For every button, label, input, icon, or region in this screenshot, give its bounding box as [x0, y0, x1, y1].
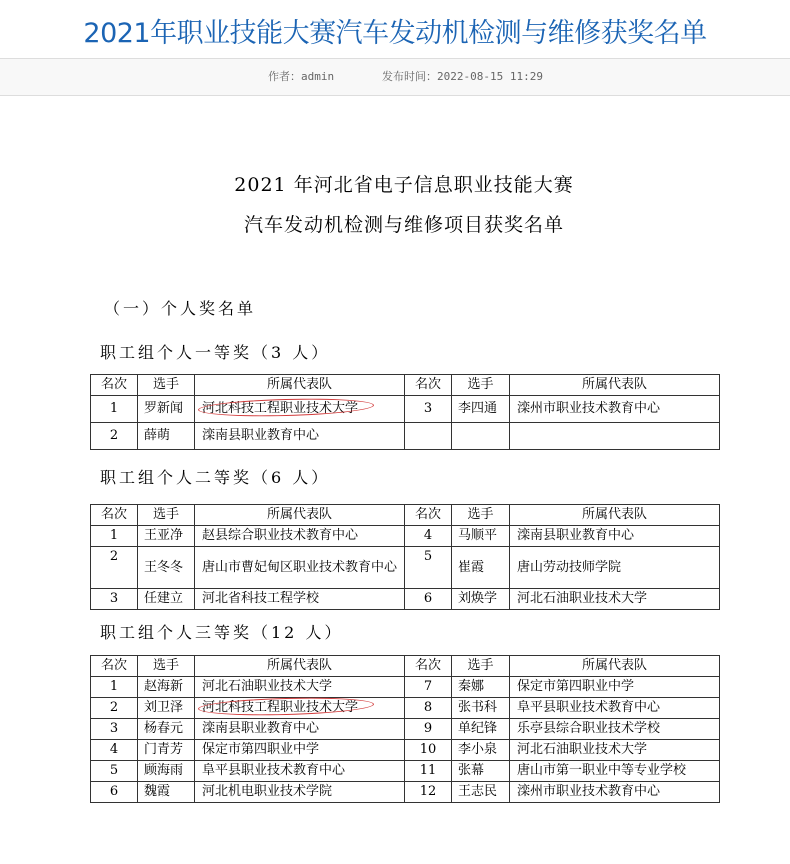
name-cell: 顾海雨: [138, 761, 195, 782]
name-cell: 王志民: [452, 782, 510, 803]
rank-cell: 1: [91, 677, 138, 698]
table-row: 2 薛萌 滦南县职业教育中心: [91, 423, 720, 450]
name-cell: 任建立: [138, 589, 195, 610]
rank-cell: 12: [405, 782, 452, 803]
column-header: 名次: [91, 656, 138, 677]
article-meta-bar: 作者：admin 发布时间：2022-08-15 11:29: [0, 58, 790, 96]
name-cell: 刘焕学: [452, 589, 510, 610]
column-header: 选手: [138, 375, 195, 396]
circled-team-annotation: 河北科技工程职业技术大学: [202, 399, 358, 419]
table-row: 1 赵海新 河北石油职业技术大学 7 秦娜 保定市第四职业中学: [91, 677, 720, 698]
name-cell: 李小泉: [452, 740, 510, 761]
table-row: 6 魏霞 河北机电职业技术学院 12 王志民 滦州市职业技术教育中心: [91, 782, 720, 803]
column-header: 选手: [452, 505, 510, 526]
table-header-row: 名次 选手 所属代表队 名次 选手 所属代表队: [91, 375, 720, 396]
name-cell: 杨春元: [138, 719, 195, 740]
column-header: 名次: [405, 505, 452, 526]
column-header: 所属代表队: [510, 656, 720, 677]
rank-cell: 6: [405, 589, 452, 610]
name-cell: 崔霞: [452, 547, 510, 589]
team-cell: 赵县综合职业技术教育中心: [195, 526, 405, 547]
rank-cell: 1: [91, 526, 138, 547]
author-label: 作者：admin: [268, 59, 334, 95]
publish-date-label: 发布时间：2022-08-15 11:29: [382, 59, 543, 95]
rank-cell: 3: [91, 589, 138, 610]
table-row: 2 刘卫泽 河北科技工程职业技术大学 8 张书科 阜平县职业技术教育中心: [91, 698, 720, 719]
rank-cell: 5: [91, 761, 138, 782]
rank-cell: 11: [405, 761, 452, 782]
table-row: 3 任建立 河北省科技工程学校 6 刘焕学 河北石油职业技术大学: [91, 589, 720, 610]
rank-cell: 2: [91, 547, 138, 589]
rank-cell: 5: [405, 547, 452, 589]
name-cell: 薛萌: [138, 423, 195, 450]
table-header-row: 名次 选手 所属代表队 名次 选手 所属代表队: [91, 656, 720, 677]
team-cell: 阜平县职业技术教育中心: [195, 761, 405, 782]
team-cell: 滦南县职业教育中心: [195, 719, 405, 740]
name-cell: 马顺平: [452, 526, 510, 547]
name-cell: 罗新闻: [138, 396, 195, 423]
team-cell: 滦州市职业技术教育中心: [510, 396, 720, 423]
table-row: 4 门青芳 保定市第四职业中学 10 李小泉 河北石油职业技术大学: [91, 740, 720, 761]
name-cell: 秦娜: [452, 677, 510, 698]
group-title-third-prize: 职工组个人三等奖（12 人）: [100, 621, 343, 645]
column-header: 所属代表队: [195, 656, 405, 677]
team-cell: 保定市第四职业中学: [510, 677, 720, 698]
rank-cell: 1: [91, 396, 138, 423]
rank-cell: 2: [91, 698, 138, 719]
team-cell: 唐山市第一职业中等专业学校: [510, 761, 720, 782]
column-header: 所属代表队: [195, 375, 405, 396]
rank-cell: 4: [91, 740, 138, 761]
table-row: 1 罗新闻 河北科技工程职业技术大学 3 李四通 滦州市职业技术教育中心: [91, 396, 720, 423]
column-header: 名次: [405, 656, 452, 677]
third-prize-table: 名次 选手 所属代表队 名次 选手 所属代表队 1 赵海新 河北石油职业技术大学…: [90, 655, 720, 803]
page-title: 2021年职业技能大赛汽车发动机检测与维修获奖名单: [0, 14, 790, 54]
section-title: （一）个人奖名单: [104, 297, 256, 321]
second-prize-table: 名次 选手 所属代表队 名次 选手 所属代表队 1 王亚净 赵县综合职业技术教育…: [90, 504, 720, 610]
document-heading-line1: 2021 年河北省电子信息职业技能大赛: [0, 171, 790, 199]
name-cell: 王冬冬: [138, 547, 195, 589]
column-header: 所属代表队: [195, 505, 405, 526]
name-cell: 门青芳: [138, 740, 195, 761]
table-header-row: 名次 选手 所属代表队 名次 选手 所属代表队: [91, 505, 720, 526]
name-cell: 单纪锋: [452, 719, 510, 740]
team-cell: 乐亭县综合职业技术学校: [510, 719, 720, 740]
team-cell: 保定市第四职业中学: [195, 740, 405, 761]
team-cell: 唐山劳动技师学院: [510, 547, 720, 589]
name-cell: [452, 423, 510, 450]
first-prize-table: 名次 选手 所属代表队 名次 选手 所属代表队 1 罗新闻 河北科技工程职业技术…: [90, 374, 720, 450]
column-header: 选手: [138, 505, 195, 526]
team-cell: 河北机电职业技术学院: [195, 782, 405, 803]
group-title-first-prize: 职工组个人一等奖（3 人）: [100, 341, 330, 365]
column-header: 选手: [452, 656, 510, 677]
team-cell: 滦南县职业教育中心: [510, 526, 720, 547]
group-title-second-prize: 职工组个人二等奖（6 人）: [100, 466, 330, 490]
column-header: 名次: [91, 375, 138, 396]
circled-team-annotation: 河北科技工程职业技术大学: [202, 698, 358, 718]
rank-cell: 3: [91, 719, 138, 740]
rank-cell: 8: [405, 698, 452, 719]
column-header: 所属代表队: [510, 505, 720, 526]
name-cell: 魏霞: [138, 782, 195, 803]
rank-cell: 2: [91, 423, 138, 450]
column-header: 选手: [138, 656, 195, 677]
name-cell: 李四通: [452, 396, 510, 423]
team-cell: 滦南县职业教育中心: [195, 423, 405, 450]
rank-cell: 10: [405, 740, 452, 761]
table-row: 2 王冬冬 唐山市曹妃甸区职业技术教育中心 5 崔霞 唐山劳动技师学院: [91, 547, 720, 589]
team-cell: 河北石油职业技术大学: [195, 677, 405, 698]
rank-cell: 9: [405, 719, 452, 740]
team-cell: 河北石油职业技术大学: [510, 589, 720, 610]
column-header: 名次: [405, 375, 452, 396]
column-header: 所属代表队: [510, 375, 720, 396]
table-row: 3 杨春元 滦南县职业教育中心 9 单纪锋 乐亭县综合职业技术学校: [91, 719, 720, 740]
team-cell: 唐山市曹妃甸区职业技术教育中心: [195, 547, 405, 589]
team-cell: 河北科技工程职业技术大学: [195, 396, 405, 423]
column-header: 名次: [91, 505, 138, 526]
column-header: 选手: [452, 375, 510, 396]
rank-cell: 6: [91, 782, 138, 803]
team-cell: 阜平县职业技术教育中心: [510, 698, 720, 719]
rank-cell: [405, 423, 452, 450]
team-cell: [510, 423, 720, 450]
team-cell: 滦州市职业技术教育中心: [510, 782, 720, 803]
rank-cell: 7: [405, 677, 452, 698]
team-cell: 河北科技工程职业技术大学: [195, 698, 405, 719]
team-cell: 河北省科技工程学校: [195, 589, 405, 610]
name-cell: 王亚净: [138, 526, 195, 547]
name-cell: 赵海新: [138, 677, 195, 698]
rank-cell: 3: [405, 396, 452, 423]
table-row: 5 顾海雨 阜平县职业技术教育中心 11 张幕 唐山市第一职业中等专业学校: [91, 761, 720, 782]
table-row: 1 王亚净 赵县综合职业技术教育中心 4 马顺平 滦南县职业教育中心: [91, 526, 720, 547]
team-cell: 河北石油职业技术大学: [510, 740, 720, 761]
document-heading-line2: 汽车发动机检测与维修项目获奖名单: [0, 211, 790, 239]
name-cell: 张书科: [452, 698, 510, 719]
rank-cell: 4: [405, 526, 452, 547]
name-cell: 刘卫泽: [138, 698, 195, 719]
name-cell: 张幕: [452, 761, 510, 782]
